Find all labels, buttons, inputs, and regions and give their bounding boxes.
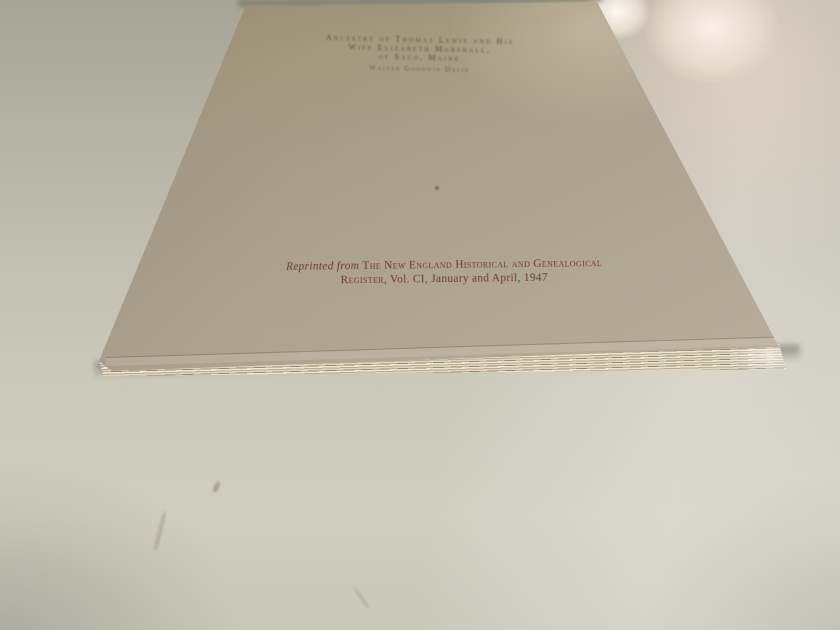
reprint-volume-date: Vol. CI, January and April, 1947 (387, 271, 548, 285)
photo-scene: Ancestry of Thomas Lewis and His Wife El… (0, 0, 840, 630)
booklet-title-block: Ancestry of Thomas Lewis and His Wife El… (274, 32, 565, 77)
cover-speck (435, 186, 439, 190)
reprint-journal-name: The New England Historical and Genealogi… (362, 257, 602, 272)
reprint-journal-name-continued: Register, (341, 273, 388, 286)
booklet-reprint-notice: Reprinted from The New England Historica… (258, 257, 630, 289)
reprint-prefix: Reprinted from (286, 260, 363, 273)
